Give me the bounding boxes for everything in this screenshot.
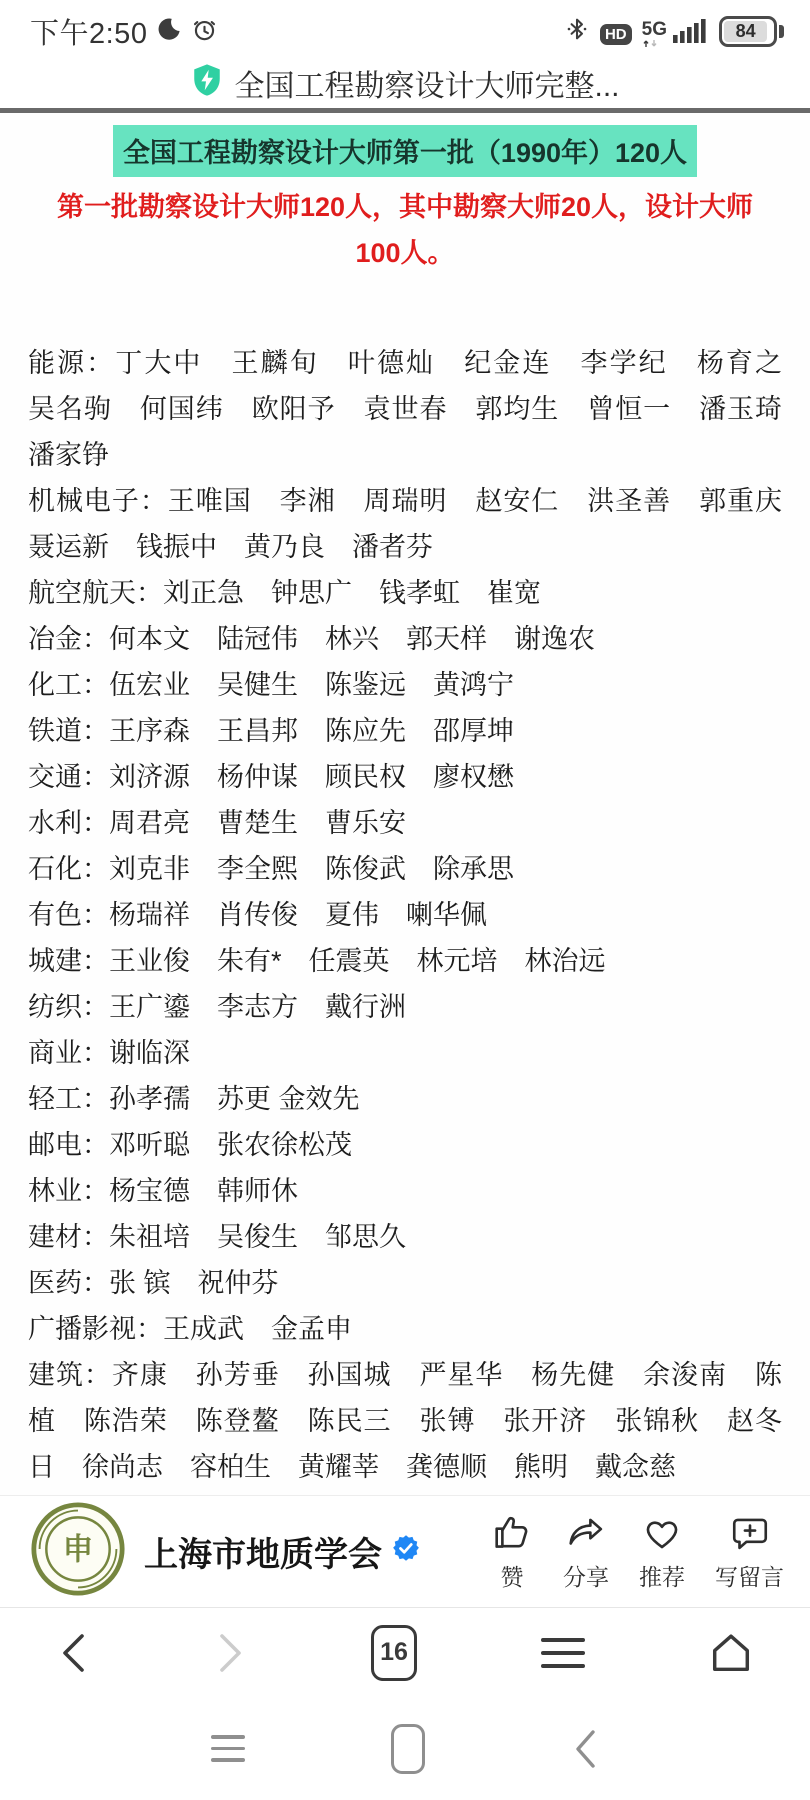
- moon-icon: [156, 16, 182, 47]
- category-paragraph: 纺织：王广鎏 李志方 戴行洲: [28, 984, 782, 1030]
- category-paragraph: 机械电子：王唯国 李湘 周瑞明 赵安仁 洪圣善 郭重庆 聂运新 钱振中 黄乃良 …: [28, 478, 782, 570]
- battery-icon: 84: [719, 16, 784, 47]
- category-paragraph: 有色：杨瑞祥 肖传俊 夏伟 喇华佩: [28, 892, 782, 938]
- category-paragraph: 铁道：王序森 王昌邦 陈应先 邵厚坤: [28, 708, 782, 754]
- back-button[interactable]: [56, 1630, 90, 1676]
- category-paragraph: 林业：杨宝德 韩师休: [28, 1168, 782, 1214]
- article-content: 全国工程勘察设计大师第一批（1990年）120人 第一批勘察设计大师120人，其…: [0, 113, 810, 1495]
- like-button[interactable]: 赞: [491, 1512, 533, 1592]
- category-paragraph: 石化：刘克非 李全熙 陈俊武 除承思: [28, 846, 782, 892]
- category-paragraph: 轻工：孙孝孺 苏更 金效先: [28, 1076, 782, 1122]
- category-paragraph: 冶金：何本文 陆冠伟 林兴 郭天样 谢逸农: [28, 616, 782, 662]
- society-logo-icon[interactable]: 申: [30, 1501, 126, 1602]
- category-paragraph: 商业：谢临深: [28, 1030, 782, 1076]
- data-arrows-icon: [642, 39, 660, 48]
- footer-actions: 赞 分享 推荐 写留言: [491, 1512, 784, 1592]
- battery-percent: 84: [724, 21, 767, 42]
- home-icon: [708, 1630, 754, 1676]
- system-nav-bar: [0, 1697, 810, 1800]
- system-recents-button[interactable]: [391, 1724, 425, 1774]
- chevron-left-icon: [56, 1630, 90, 1676]
- comment-plus-icon: [729, 1512, 771, 1557]
- category-paragraph: 建筑：齐康 孙芳垂 孙国城 严星华 杨先健 余浚南 陈植 陈浩荣 陈登鳌 陈民三…: [28, 1352, 782, 1490]
- category-paragraph: 邮电：邓听聪 张农徐松茂: [28, 1122, 782, 1168]
- master-name-list: 能源：丁大中 王麟旬 叶德灿 纪金连 李学纪 杨育之 吴名驹 何国纬 欧阳予 袁…: [28, 340, 782, 1495]
- tab-counter-button[interactable]: 16: [371, 1625, 417, 1681]
- recommend-label: 推荐: [639, 1559, 685, 1592]
- write-comment-label: 写留言: [715, 1559, 784, 1592]
- network-type: 5G: [642, 20, 667, 48]
- recommend-button[interactable]: 推荐: [639, 1512, 685, 1592]
- alarm-clock-icon: [191, 16, 218, 48]
- hd-badge: HD: [600, 24, 632, 45]
- share-button[interactable]: 分享: [563, 1512, 609, 1592]
- forward-button[interactable]: [214, 1630, 248, 1676]
- account-footer-bar: 申 上海市地质学会 赞 分: [0, 1495, 810, 1607]
- rounded-square-icon: [391, 1724, 425, 1774]
- svg-text:申: 申: [63, 1532, 94, 1568]
- network-label: 5G: [642, 20, 667, 39]
- category-paragraph: 交通：刘济源 杨仲谋 顾民权 廖权懋: [28, 754, 782, 800]
- browser-nav-bar: 16: [0, 1607, 810, 1697]
- share-arrow-icon: [565, 1512, 607, 1557]
- category-paragraph: 能源：丁大中 王麟旬 叶德灿 纪金连 李学纪 杨育之 吴名驹 何国纬 欧阳予 袁…: [28, 340, 782, 478]
- menu-button[interactable]: [541, 1638, 585, 1668]
- app-title-bar: 全国工程勘察设计大师完整...: [0, 57, 810, 108]
- highlighted-title: 全国工程勘察设计大师第一批（1990年）120人: [113, 125, 697, 177]
- account-name-row[interactable]: 上海市地质学会: [144, 1527, 421, 1576]
- chevron-right-icon: [214, 1630, 248, 1676]
- verified-badge-icon: [391, 1534, 421, 1569]
- system-menu-button[interactable]: [211, 1735, 245, 1762]
- page-title: 全国工程勘察设计大师完整...: [234, 61, 619, 105]
- shield-lightning-icon: [190, 63, 224, 102]
- like-label: 赞: [501, 1559, 524, 1592]
- category-paragraph: 航空航天：刘正急 钟思广 钱孝虹 崔宽: [28, 570, 782, 616]
- account-name[interactable]: 上海市地质学会: [144, 1527, 382, 1576]
- status-right-cluster: HD 5G 84: [564, 15, 784, 48]
- signal-bars-icon: [673, 16, 709, 48]
- status-left-cluster: 下午2:50: [30, 11, 218, 52]
- category-paragraph: 化工：伍宏业 吴健生 陈鉴远 黄鸿宁: [28, 662, 782, 708]
- category-paragraph: 水利：周君亮 曹楚生 曹乐安: [28, 800, 782, 846]
- write-comment-button[interactable]: 写留言: [715, 1512, 784, 1592]
- system-back-button[interactable]: [571, 1728, 599, 1770]
- thumbs-up-icon: [491, 1512, 533, 1557]
- category-paragraph: 医药：张 镔 祝仲芬: [28, 1260, 782, 1306]
- category-paragraph: 广播影视：王成武 金孟申: [28, 1306, 782, 1352]
- home-button[interactable]: [708, 1630, 754, 1676]
- status-bar: 下午2:50 HD 5G: [0, 0, 810, 57]
- clock-time: 下午2:50: [30, 11, 147, 52]
- category-paragraph: 城建：王业俊 朱有* 任震英 林元培 林治远: [28, 938, 782, 984]
- share-label: 分享: [563, 1559, 609, 1592]
- chevron-left-icon: [571, 1728, 599, 1770]
- headline-wrap: 全国工程勘察设计大师第一批（1990年）120人: [28, 125, 782, 177]
- bluetooth-icon: [564, 15, 590, 48]
- intro-paragraph: 第一批勘察设计大师120人，其中勘察大师20人，设计大师100人。: [53, 184, 757, 276]
- heart-icon: [641, 1512, 683, 1557]
- category-paragraph: 建材：朱祖培 吴俊生 邹思久: [28, 1214, 782, 1260]
